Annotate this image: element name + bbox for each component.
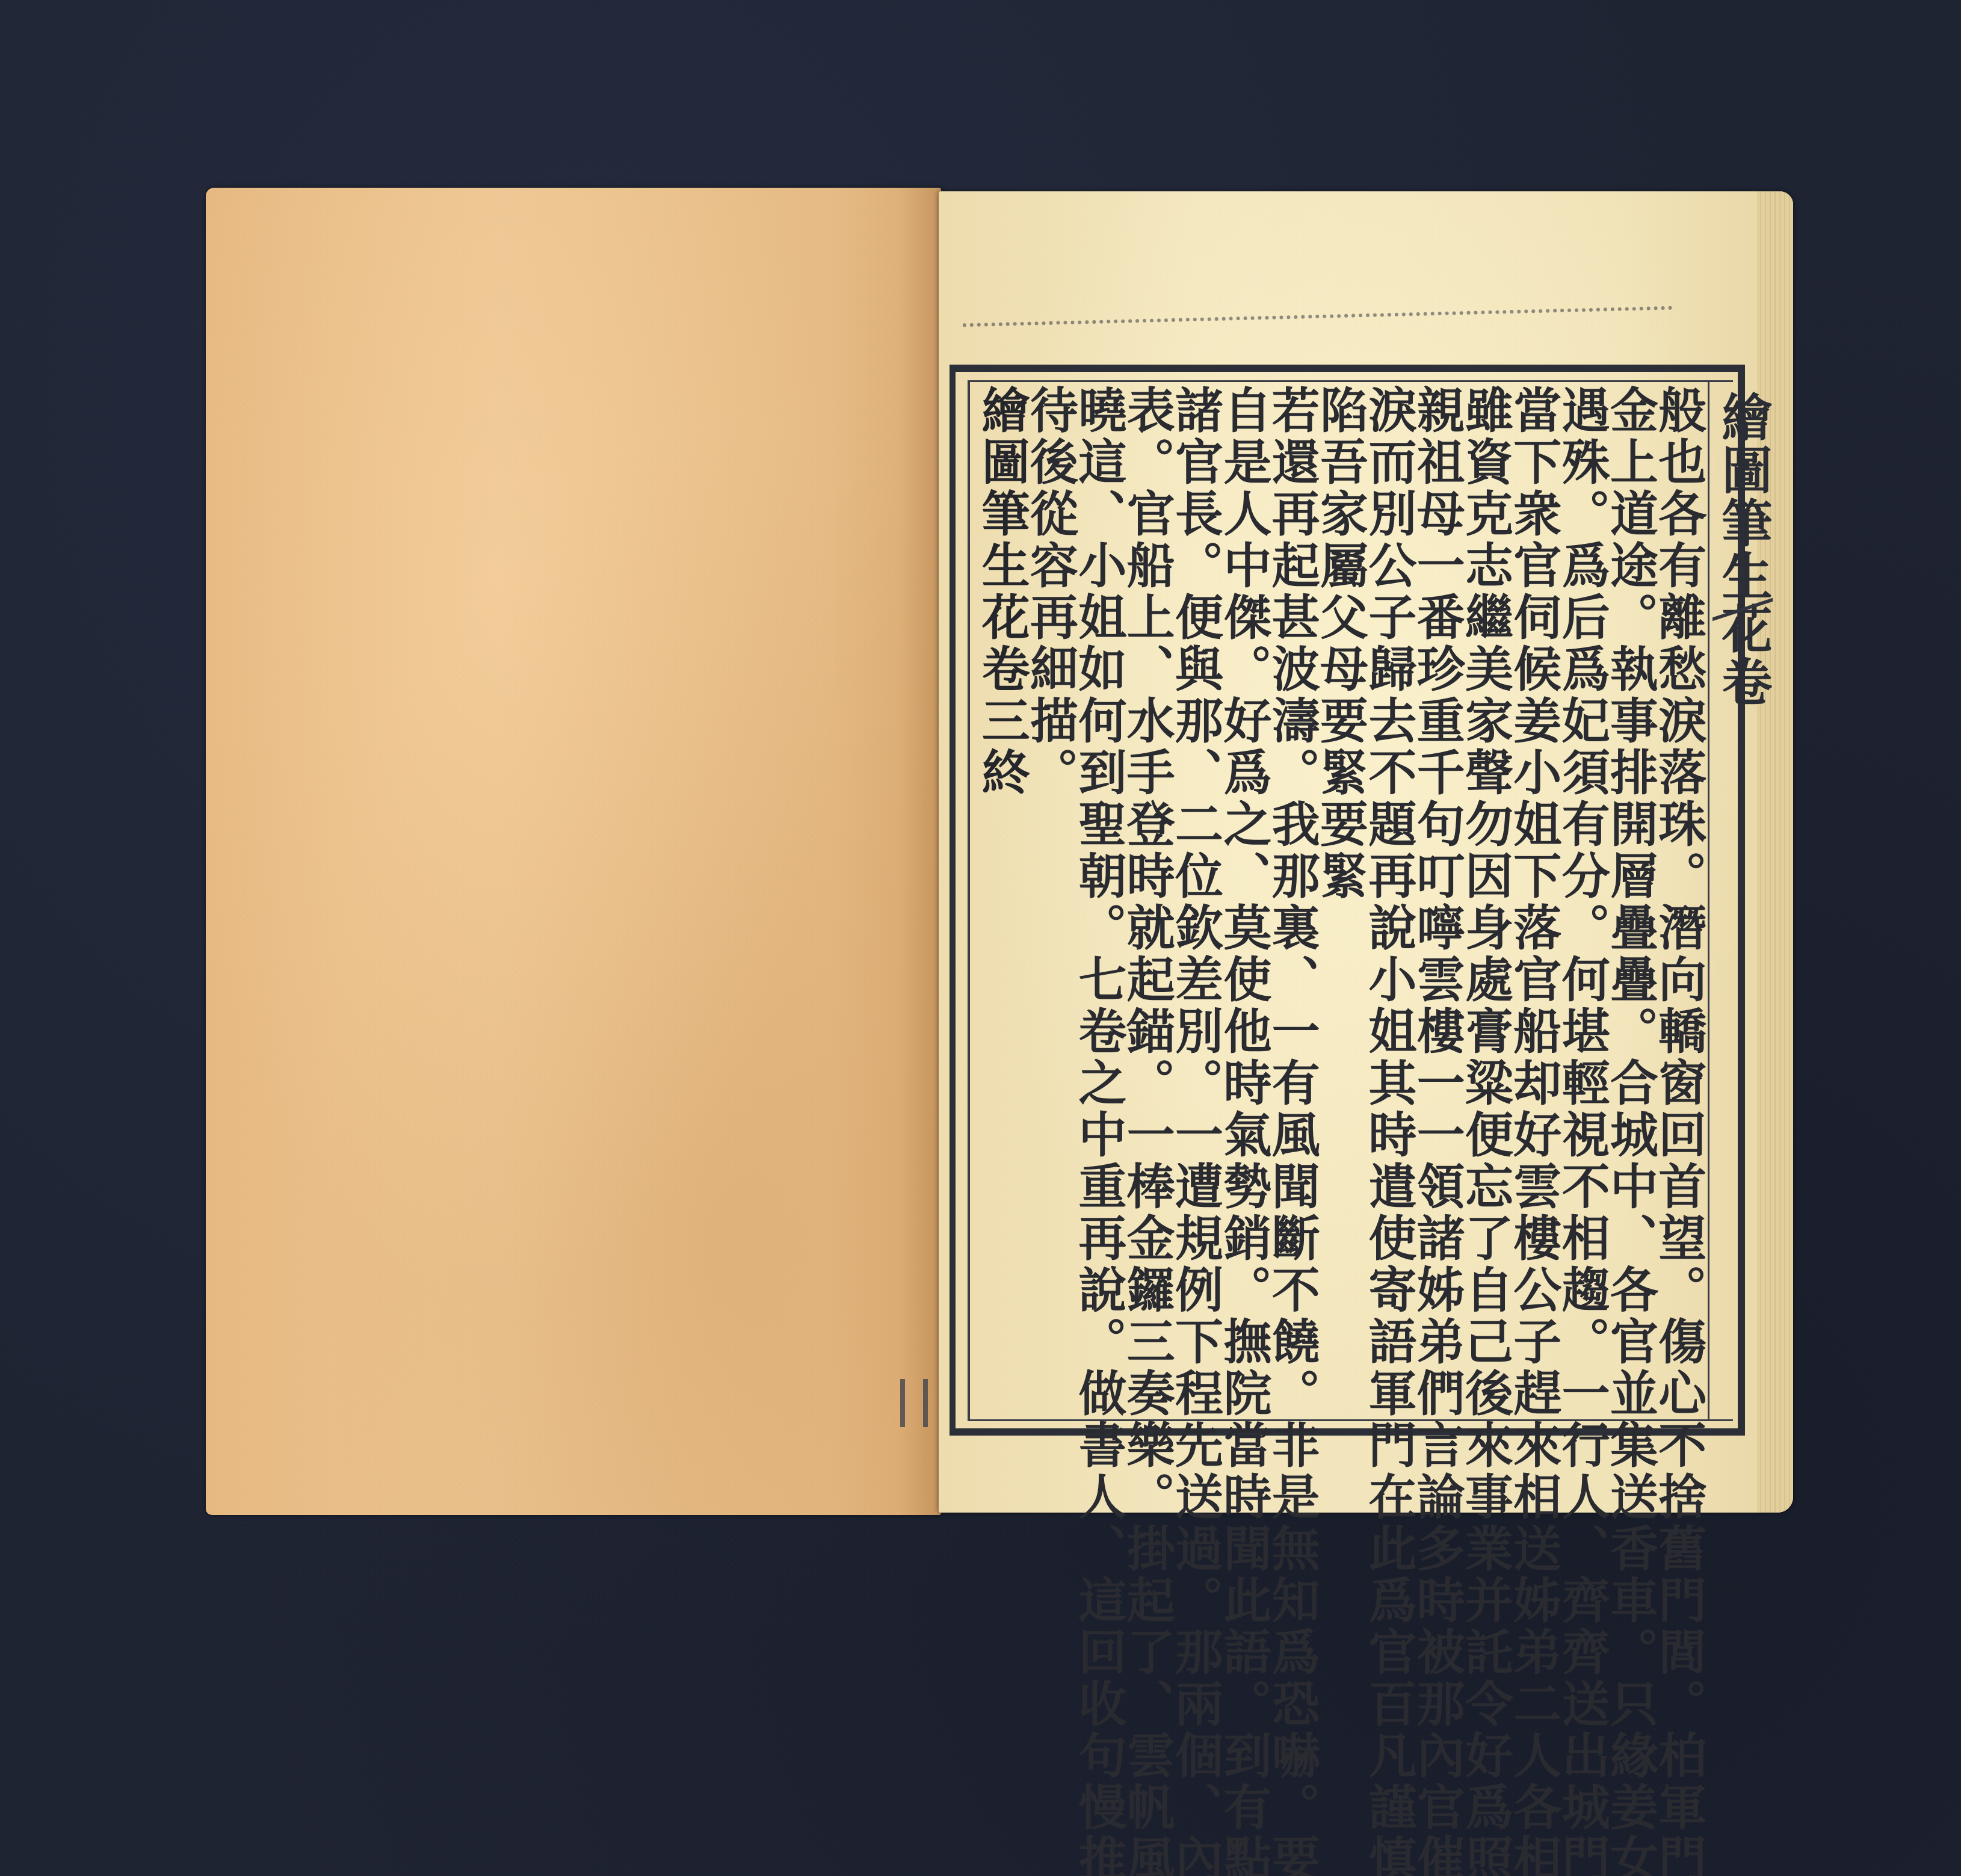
banxin-divider — [1708, 380, 1709, 1421]
text-column-13: 曉這、小姐如何到聖朝。七卷之中重再說。做書人、這回收句慢推敲。漏聲三下銀缸暗。得… — [1073, 385, 1125, 1420]
text-column-4: 當下衆官伺候姜小姐下落官船却好雲樓公子趕來相送姊弟二人各相致別惠英囑其 — [1508, 385, 1560, 1420]
left-blank-page — [206, 188, 941, 1515]
text-column-5: 雖資克志繼美家聲勿因身處膏粱便忘了自己後來事業并託令好爲照應家門代孝雙 — [1460, 385, 1512, 1420]
text-column-9: 若還再起甚波濤。我那裏、一有風聞斷不饒。非是無知爲恐嚇。要曉得、冰山久倚怎堅牢。… — [1266, 385, 1318, 1420]
text-column-7: 淚而別公子歸去不題再說小姐其時遣使寄語軍門在此爲官百凡謹慎不可又起風波 — [1363, 385, 1415, 1420]
gutter-ink-marks — [900, 1379, 928, 1427]
text-column-3: 遇殊。爲后爲妃須有分。何堪輕視不相趨。一行人、齊齊送出城門外。馬頭上、早備沙飛在… — [1556, 385, 1608, 1420]
colophon-volume-end: 繪圖筆生花卷三終 — [976, 385, 1028, 1420]
text-column-10: 自是人中傑。好爲之、莫使他時氣勢銷。撫院當時聞此語。到有點、心中暗懼女多嬌。含嗔… — [1218, 385, 1270, 1420]
text-column-11: 諸官長。便與那、二位欽差別。一遭規例下程先送過。那兩個、內官歡喜滿纏腰。各官歸署… — [1170, 385, 1221, 1420]
text-column-8: 陷吾家屬父母要緊要緊 — [1315, 385, 1367, 1420]
ink-smudge-line — [963, 306, 1673, 341]
text-column-12: 表。官船上、水手登時就起錨。一棒金鑼三奏樂。掛起了、雲帆風送去滔滔。話文至此權停… — [1121, 385, 1173, 1420]
text-column-2: 金上道途。執事排開層疊疊。合城中、各官並集送香車。只緣姜女才容美。列嬪嬙、大料君… — [1605, 385, 1657, 1420]
text-column-14: 待後從容再細描。 — [1025, 385, 1076, 1420]
spine-shadow — [899, 188, 941, 1515]
text-column-1: 般也各有離愁淚落珠。潛向轎窗回首望。傷心不捨舊門閭。柏軍門、當時下令兵圍撤。自送… — [1653, 385, 1705, 1420]
banxin-title: 繪圖筆生花卷 — [1716, 391, 1770, 993]
text-column-6: 親祖母一番珍重千句叮嚀雲樓一一領諸姊弟們言論多時被那內官催逼不過方纔洒 — [1411, 385, 1463, 1420]
text-body: 般也各有離愁淚落珠。潛向轎窗回首望。傷心不捨舊門閭。柏軍門、當時下令兵圍撤。自送… — [978, 385, 1703, 1420]
